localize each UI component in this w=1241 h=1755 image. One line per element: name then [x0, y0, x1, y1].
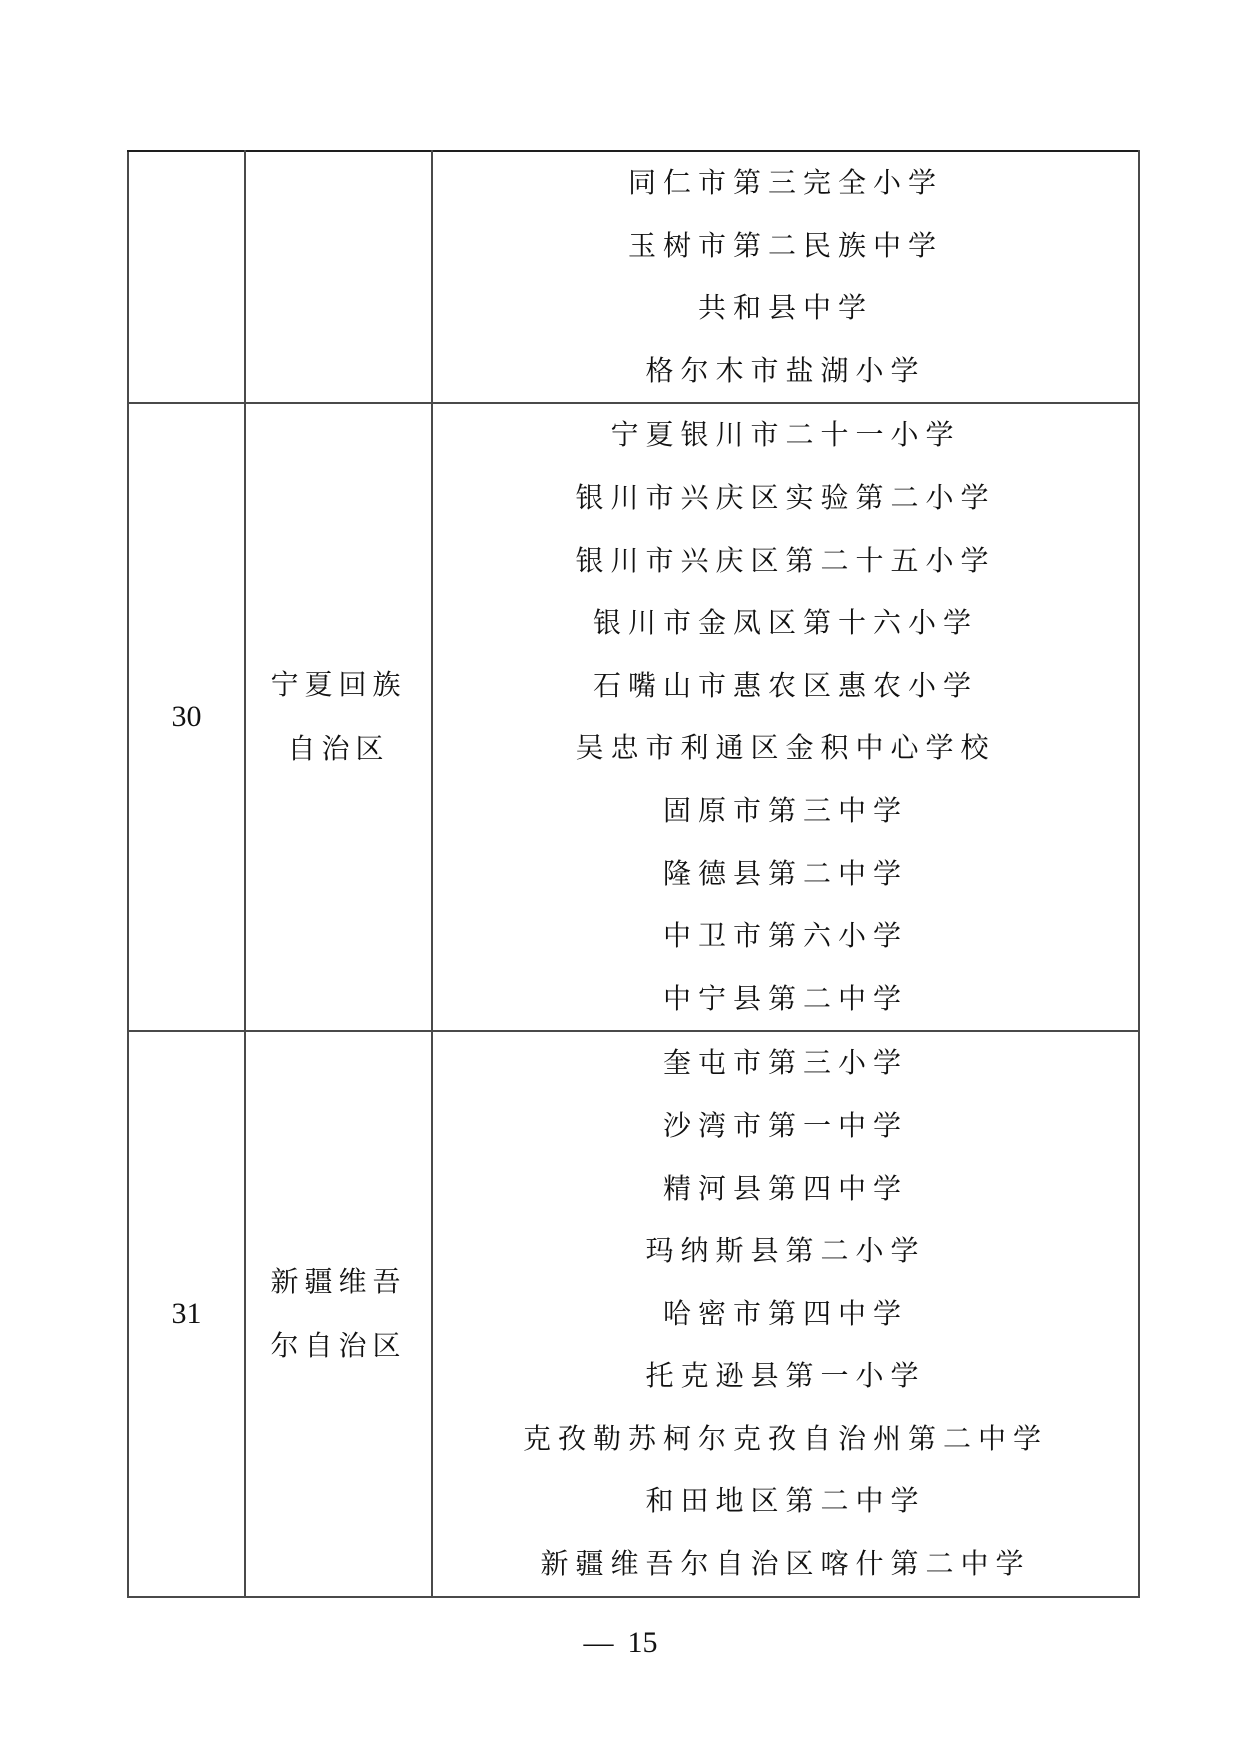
- schools-cell: 宁夏银川市二十一小学 银川市兴庆区实验第二小学 银川市兴庆区第二十五小学 银川市…: [432, 403, 1139, 1031]
- province-name-line: 尔自治区: [246, 1314, 431, 1378]
- school-name: 新疆维吾尔自治区喀什第二中学: [433, 1533, 1138, 1596]
- school-list-table: 同仁市第三完全小学 玉树市第二民族中学 共和县中学 格尔木市盐湖小学 30 宁夏…: [127, 150, 1140, 1598]
- school-name: 隆德县第二中学: [433, 843, 1138, 906]
- province-cell: 宁夏回族 自治区: [245, 403, 432, 1031]
- school-name: 共和县中学: [433, 277, 1138, 340]
- row-number-cell: [128, 151, 245, 403]
- school-name: 克孜勒苏柯尔克孜自治州第二中学: [433, 1408, 1138, 1471]
- school-name: 哈密市第四中学: [433, 1283, 1138, 1346]
- school-name: 玛纳斯县第二小学: [433, 1220, 1138, 1283]
- school-name: 中宁县第二中学: [433, 968, 1138, 1031]
- schools-cell: 同仁市第三完全小学 玉树市第二民族中学 共和县中学 格尔木市盐湖小学: [432, 151, 1139, 403]
- page-number: 15: [628, 1626, 658, 1659]
- table-row: 同仁市第三完全小学 玉树市第二民族中学 共和县中学 格尔木市盐湖小学: [128, 151, 1139, 403]
- row-number-cell: 31: [128, 1031, 245, 1596]
- province-cell: [245, 151, 432, 403]
- school-name: 托克逊县第一小学: [433, 1345, 1138, 1408]
- table-row: 30 宁夏回族 自治区 宁夏银川市二十一小学 银川市兴庆区实验第二小学 银川市兴…: [128, 403, 1139, 1031]
- school-name: 吴忠市利通区金积中心学校: [433, 717, 1138, 780]
- school-name: 中卫市第六小学: [433, 905, 1138, 968]
- school-name: 宁夏银川市二十一小学: [433, 404, 1138, 467]
- school-name: 精河县第四中学: [433, 1158, 1138, 1221]
- province-name-line: 新疆维吾: [246, 1250, 431, 1314]
- school-name: 石嘴山市惠农区惠农小学: [433, 655, 1138, 718]
- school-name: 格尔木市盐湖小学: [433, 340, 1138, 403]
- schools-cell: 奎屯市第三小学 沙湾市第一中学 精河县第四中学 玛纳斯县第二小学 哈密市第四中学…: [432, 1031, 1139, 1596]
- school-name: 同仁市第三完全小学: [433, 152, 1138, 215]
- school-name: 银川市金凤区第十六小学: [433, 592, 1138, 655]
- school-name: 奎屯市第三小学: [433, 1032, 1138, 1095]
- school-name: 沙湾市第一中学: [433, 1095, 1138, 1158]
- province-cell: 新疆维吾 尔自治区: [245, 1031, 432, 1596]
- row-number-cell: 30: [128, 403, 245, 1031]
- page-number-dash: —: [584, 1626, 614, 1659]
- school-name: 和田地区第二中学: [433, 1470, 1138, 1533]
- page-number-footer: —15: [0, 1626, 1241, 1660]
- province-name-line: 宁夏回族: [246, 653, 431, 717]
- school-name: 银川市兴庆区实验第二小学: [433, 467, 1138, 530]
- school-name: 玉树市第二民族中学: [433, 215, 1138, 278]
- table-row: 31 新疆维吾 尔自治区 奎屯市第三小学 沙湾市第一中学 精河县第四中学 玛纳斯…: [128, 1031, 1139, 1596]
- school-name: 固原市第三中学: [433, 780, 1138, 843]
- school-name: 银川市兴庆区第二十五小学: [433, 530, 1138, 593]
- province-name-line: 自治区: [246, 717, 431, 781]
